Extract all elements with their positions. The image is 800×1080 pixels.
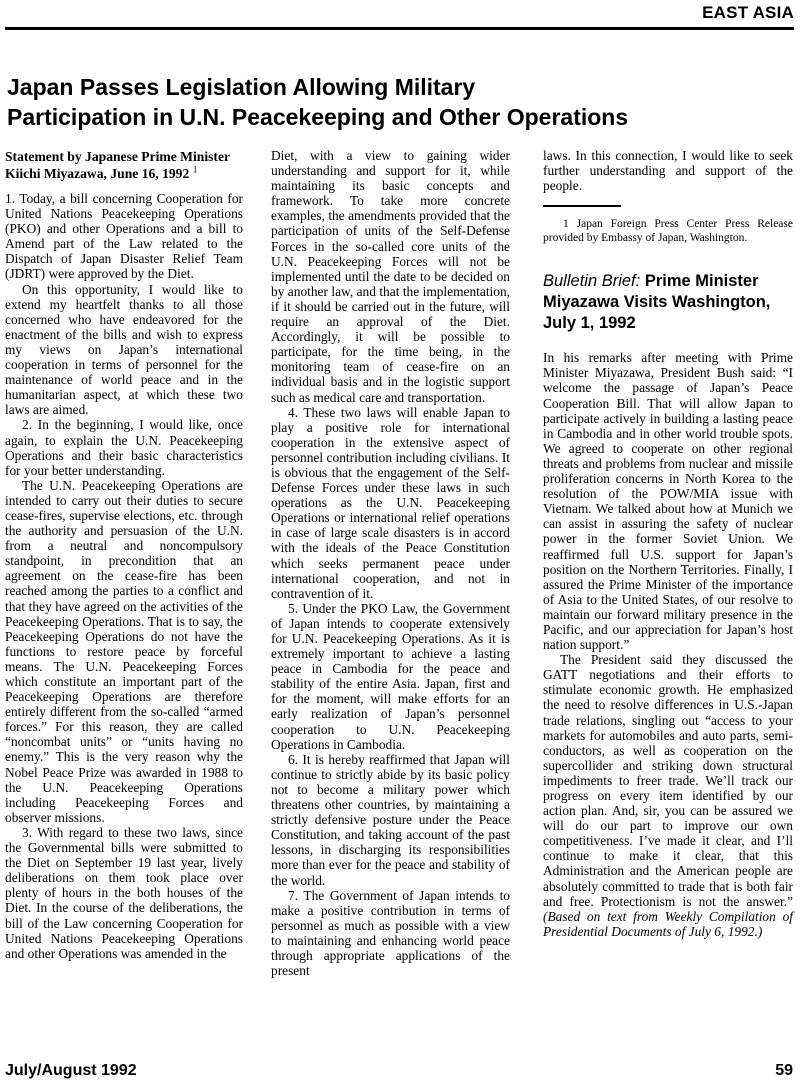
attribution-note: (Based on text from Weekly Compilation o… xyxy=(543,909,793,939)
paragraph-text: In his remarks after meeting with Prime … xyxy=(543,350,793,652)
paragraph-text: 7. The Government of Japan intends to ma… xyxy=(271,888,510,978)
paragraph: laws. In this connection, I would like t… xyxy=(543,148,793,193)
paragraph-text: 1. Today, a bill concerning Cooperation … xyxy=(5,191,243,281)
paragraph-text: The U.N. Peacekeeping Operations are int… xyxy=(5,478,243,825)
paragraph-text: 5. Under the PKO Law, the Government of … xyxy=(271,601,510,752)
paragraph: 5. Under the PKO Law, the Government of … xyxy=(271,601,510,752)
paragraph: 6. It is hereby reaffirmed that Japan wi… xyxy=(271,752,510,888)
header-rule xyxy=(5,27,794,30)
paragraph: 7. The Government of Japan intends to ma… xyxy=(271,888,510,979)
footnote: 1 Japan Foreign Press Center Press Relea… xyxy=(543,218,793,245)
paragraph: 2. In the beginning, I would like, once … xyxy=(5,417,243,477)
paragraph: The President said they discussed the GA… xyxy=(543,652,793,939)
paragraph-text: 6. It is hereby reaffirmed that Japan wi… xyxy=(271,752,510,888)
paragraph-text: 3. With regard to these two laws, since … xyxy=(5,825,243,961)
bulletin-heading: Bulletin Brief: Prime Minister Miyazawa … xyxy=(543,271,793,334)
page-number: 59 xyxy=(775,1061,793,1080)
bulletin-heading-label: Bulletin Brief: xyxy=(543,272,640,290)
column-1: Statement by Japanese Prime Minister Kii… xyxy=(5,148,243,961)
page-title-line1: Japan Passes Legislation Allowing Milita… xyxy=(7,72,628,102)
paragraph: 3. With regard to these two laws, since … xyxy=(5,825,243,961)
paragraph: The U.N. Peacekeeping Operations are int… xyxy=(5,478,243,825)
paragraph-text: The President said they discussed the GA… xyxy=(543,652,793,909)
paragraph-text: 2. In the beginning, I would like, once … xyxy=(5,417,243,477)
paragraph-text: laws. In this connection, I would like t… xyxy=(543,148,793,193)
paragraph: 1. Today, a bill concerning Cooperation … xyxy=(5,191,243,282)
paragraph: Diet, with a view to gaining wider under… xyxy=(271,148,510,405)
column-3: laws. In this connection, I would like t… xyxy=(543,148,793,939)
page-title-line2: Participation in U.N. Peacekeeping and O… xyxy=(7,102,628,132)
paragraph: 4. These two laws will enable Japan to p… xyxy=(271,405,510,601)
paragraph: In his remarks after meeting with Prime … xyxy=(543,350,793,652)
article-heading: Statement by Japanese Prime Minister Kii… xyxy=(5,148,243,182)
footnote-rule xyxy=(543,205,621,207)
footnote-text: 1 Japan Foreign Press Center Press Relea… xyxy=(543,218,793,244)
page: { "header": { "section_label": "EAST ASI… xyxy=(0,0,800,1080)
paragraph-text: Diet, with a view to gaining wider under… xyxy=(271,148,510,405)
footnote-reference: 1 xyxy=(193,165,198,175)
section-header: EAST ASIA xyxy=(702,3,794,23)
page-title: Japan Passes Legislation Allowing Milita… xyxy=(7,72,628,132)
paragraph: On this opportunity, I would like to ext… xyxy=(5,282,243,418)
paragraph-text: On this opportunity, I would like to ext… xyxy=(5,282,243,418)
paragraph-text: 4. These two laws will enable Japan to p… xyxy=(271,405,510,601)
column-2: Diet, with a view to gaining wider under… xyxy=(271,148,510,978)
footer-issue-date: July/August 1992 xyxy=(5,1061,137,1080)
